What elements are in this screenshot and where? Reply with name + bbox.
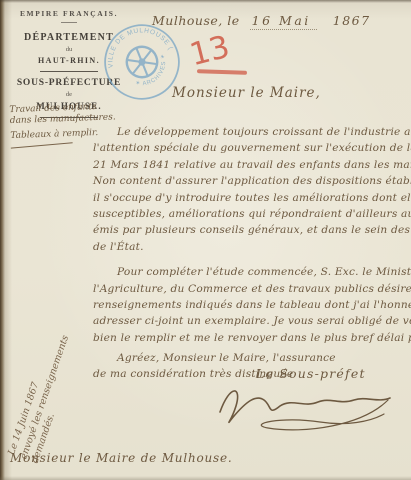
body-line: émis par plusieurs conseils généraux, et… <box>93 222 411 238</box>
paragraph-2: Pour compléter l'étude commencée, S. Exc… <box>93 264 411 346</box>
body-line: susceptibles, améliorations qui répondra… <box>93 206 411 222</box>
body-line: Non content d'assurer l'application des … <box>93 173 411 189</box>
page-top-edge-shadow <box>0 0 411 3</box>
body-line: l'Agriculture, du Commerce et des travau… <box>93 281 411 297</box>
paragraph-1: Le développement toujours croissant de l… <box>93 124 411 255</box>
archive-stamp-wheel-icon: VILLE DE MULHOUSE (HT-RHIN) ✶ ARCHIVES ✶ <box>102 22 182 102</box>
body-line: de l'État. <box>93 239 411 255</box>
registry-number: 13 <box>186 29 233 73</box>
body-line: Le développement toujours croissant de l… <box>93 124 411 140</box>
dateline: Mulhouse, le16 Mai1867 <box>152 13 371 28</box>
salutation: Monsieur le Maire, <box>172 85 321 101</box>
page-left-edge-shadow <box>0 0 12 480</box>
recipient-address: Monsieur le Maire de Mulhouse. <box>10 451 233 465</box>
letter-body: Le développement toujours croissant de l… <box>93 124 411 383</box>
body-line: l'attention spéciale du gouvernement sur… <box>93 140 411 156</box>
archive-stamp: VILLE DE MULHOUSE (HT-RHIN) ✶ ARCHIVES ✶ <box>102 22 182 102</box>
letterhead-ornament-divider <box>61 22 77 23</box>
body-line: renseignements indiqués dans le tableau … <box>93 297 411 313</box>
body-line: bien le remplir et me le renvoyer dans l… <box>93 330 411 346</box>
archivist-diagonal-note: Le 14 Juin 1867 envoyé les renseignement… <box>6 347 78 465</box>
dateline-year: 1867 <box>333 13 371 28</box>
body-line: Agréez, Monsieur le Maire, l'assurance <box>93 350 411 366</box>
letterhead-divider-1 <box>40 71 98 72</box>
body-line: il s'occupe d'y introduire toutes les am… <box>93 190 411 206</box>
subject-note-underline <box>11 142 73 148</box>
body-line: adresser ci-joint un exemplaire. Je vous… <box>93 313 411 329</box>
signature-icon <box>212 378 402 444</box>
signature-flourish <box>212 378 402 444</box>
dateline-date: 16 Mai <box>250 13 317 30</box>
body-line: 21 Mars 1841 relative au travail des enf… <box>93 157 411 173</box>
body-line: Pour compléter l'étude commencée, S. Exc… <box>93 264 411 280</box>
page-bottom-edge-shadow <box>0 476 411 480</box>
registry-number-underline <box>197 69 247 74</box>
letterhead-empire: EMPIRE FRANÇAIS. <box>14 9 124 18</box>
letter-document-page: EMPIRE FRANÇAIS. DÉPARTEMENT du HAUT-RHI… <box>0 0 411 480</box>
